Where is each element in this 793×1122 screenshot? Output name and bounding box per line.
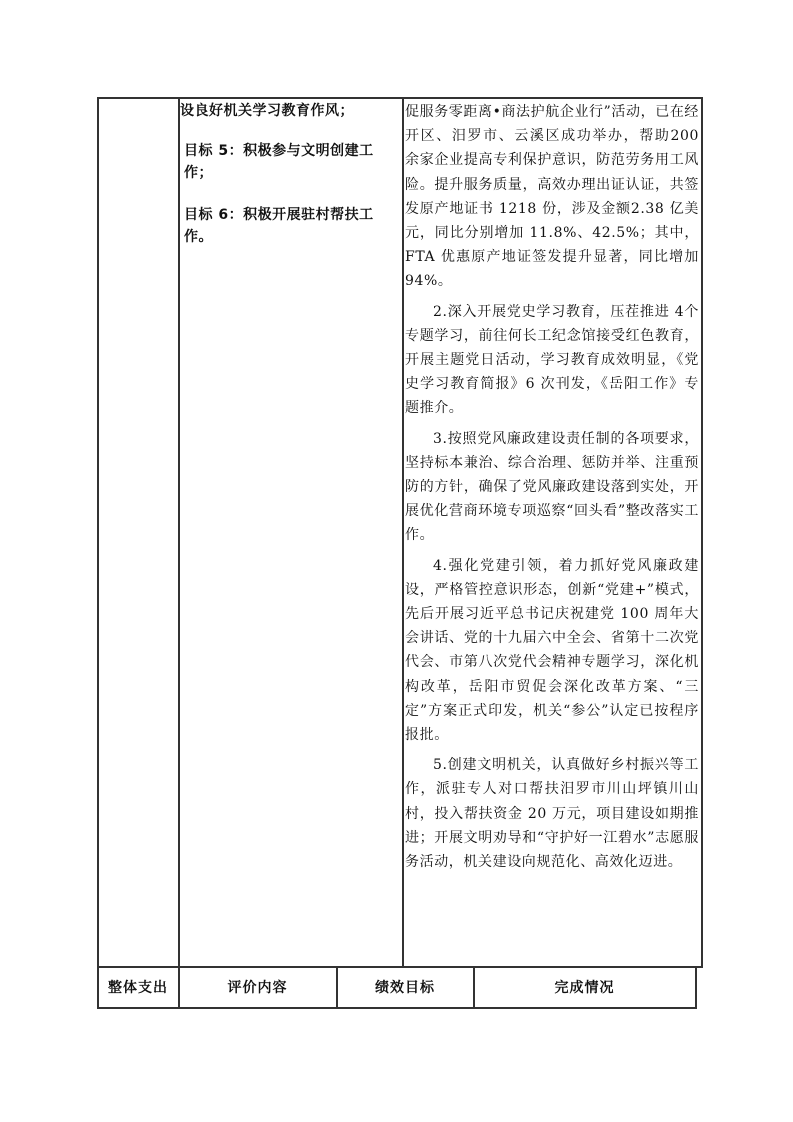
header-completion-status: 完成情况 <box>474 966 695 1008</box>
header-evaluation-content: 评价内容 <box>179 966 336 1008</box>
completion-paragraph-3: 3.按照党风廉政建设责任制的各项要求，坚持标本兼治、综合治理、惩防并举、注重预防… <box>405 427 699 548</box>
completion-paragraph-1: 促服务零距离•商法护航企业行”活动，已在经开区、汨罗市、云溪区成功举办，帮助20… <box>405 100 699 294</box>
upper-table-top-border <box>97 97 703 99</box>
upper-table-left-border <box>97 97 99 967</box>
lower-table-right-border <box>695 966 697 1009</box>
goal-6: 目标 6：积极开展驻村帮扶工作。 <box>184 204 396 248</box>
upper-table-right-border <box>701 97 703 967</box>
completion-paragraph-4: 4.强化党建引领，着力抓好党风廉政建设，严格管控意识形态，创新“党建+”模式，先… <box>405 554 699 748</box>
goal-5: 目标 5：积极参与文明创建工作； <box>184 140 396 184</box>
upper-table-col2-divider <box>402 97 404 967</box>
completion-paragraph-2: 2.深入开展党史学习教育，压茬推进 4个专题学习，前往何长工纪念馆接受红色教育，… <box>405 300 699 421</box>
completion-paragraph-5: 5.创建文明机关，认真做好乡村振兴等工作，派驻专人对口帮扶汨罗市川山坪镇川山村，… <box>405 753 699 874</box>
goal-line-continued: 设良好机关学习教育作风； <box>180 100 395 122</box>
completion-cell: 促服务零距离•商法护航企业行”活动，已在经开区、汨罗市、云溪区成功举办，帮助20… <box>405 100 699 880</box>
upper-table-col1-divider <box>178 97 180 967</box>
header-overall-expenditure: 整体支出 <box>98 966 178 1008</box>
header-performance-target: 绩效目标 <box>337 966 473 1008</box>
